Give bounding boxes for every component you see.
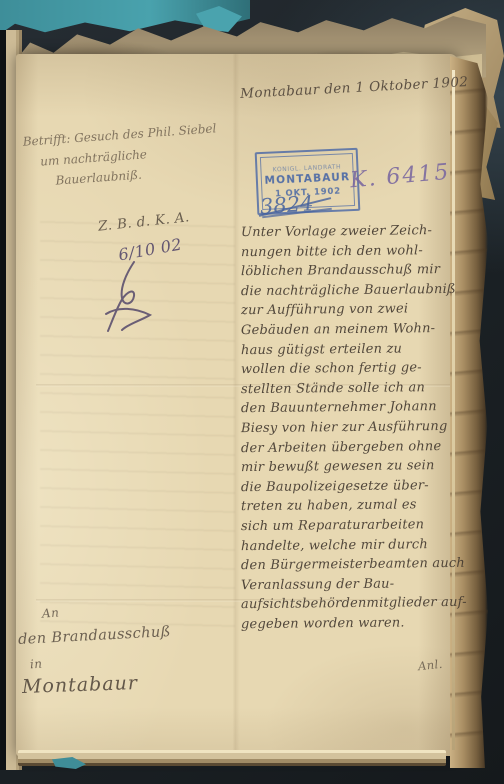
stamp-town-label: MONTABAUR xyxy=(264,171,350,187)
body-line: sich um Reparaturarbeiten xyxy=(241,515,463,537)
letter-body: Unter Vorlage zweier Zeich- nungen bitte… xyxy=(241,222,463,633)
body-line: nungen bitte ich den wohl- xyxy=(241,240,463,262)
address-salutation: An xyxy=(42,605,60,620)
body-line: handelte, welche mir durch xyxy=(241,534,463,556)
body-line: gegeben worden waren. xyxy=(241,613,463,635)
body-line: löblichen Brandausschuß mir xyxy=(241,260,463,282)
body-line: treten zu haben, zumal es xyxy=(241,495,463,517)
body-line: aufsichtsbehördenmitglieder auf- xyxy=(241,593,463,615)
body-line: wollen die schon fertig ge- xyxy=(241,358,463,380)
closing-paraph: Anl. xyxy=(417,657,443,674)
body-line: mir bewußt gewesen zu sein xyxy=(241,456,463,478)
body-line: Veranlassung der Bau- xyxy=(241,574,463,596)
registrar-paraph xyxy=(98,258,162,340)
body-line: Gebäuden an meinem Wohn- xyxy=(241,319,463,341)
address-city: Montabaur xyxy=(22,672,139,698)
body-line: haus gütigst erteilen zu xyxy=(241,338,463,360)
body-line: Unter Vorlage zweier Zeich- xyxy=(241,221,463,243)
address-preposition: in xyxy=(30,657,43,672)
body-line: den Bürgermeisterbeamten auch xyxy=(241,554,463,576)
archive-photo: Montabaur den 1 Oktober 1902 Betrifft: G… xyxy=(0,0,504,784)
body-line: der Arbeiten übergeben ohne xyxy=(241,436,463,458)
paraph-flourish-icon xyxy=(98,258,162,336)
body-line: Biesy von hier zur Ausführung xyxy=(241,417,463,439)
body-line: den Bauunternehmer Johann xyxy=(241,397,463,419)
body-line: zur Aufführung von zwei xyxy=(241,299,463,321)
body-line: die Baupolizeigesetze über- xyxy=(241,476,463,498)
